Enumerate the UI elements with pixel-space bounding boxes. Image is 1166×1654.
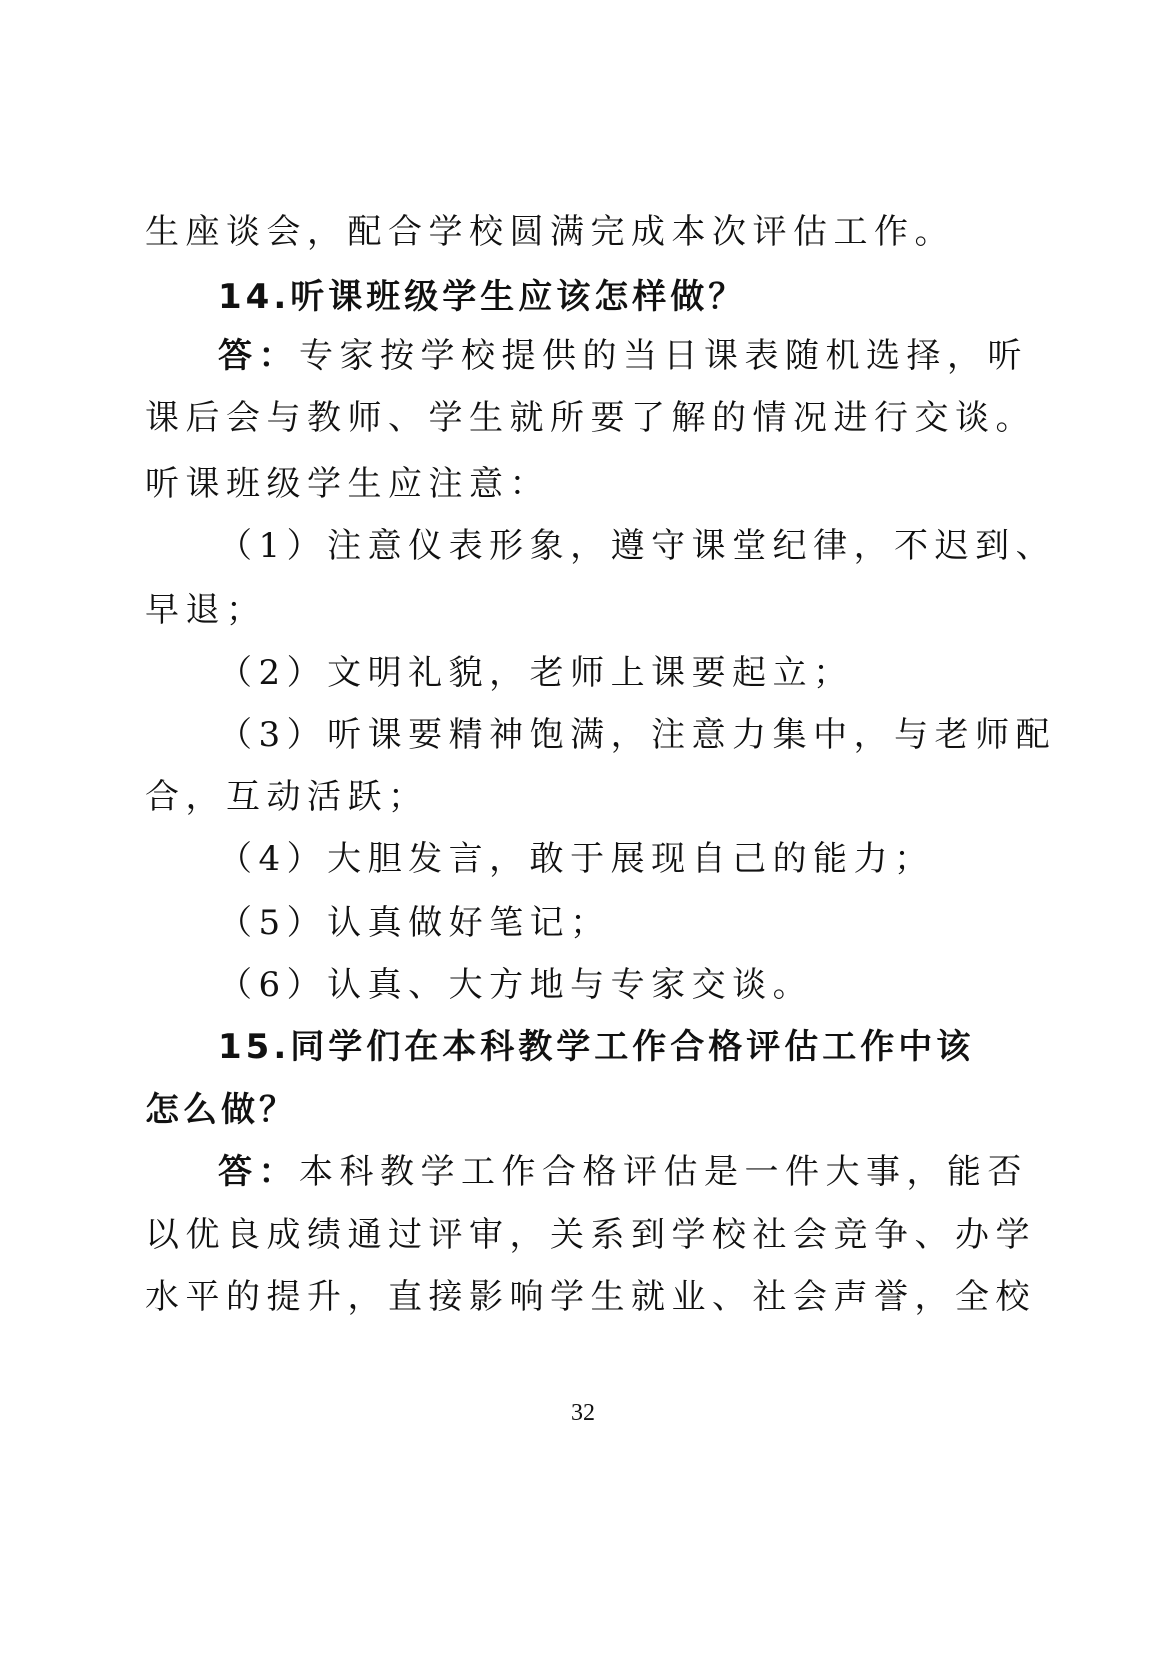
list-item-2: （2）文明礼貌，老师上课要起立； (218, 653, 968, 693)
answer-label: 答： (218, 336, 299, 376)
question-heading-14: 14.听课班级学生应该怎样做？ (218, 277, 968, 317)
answer-label: 答： (218, 1152, 299, 1192)
paragraph-line: 水平的提升，直接影响学生就业、社会声誉，全校 (145, 1277, 965, 1317)
paragraph-line: 听课班级学生应注意： (145, 464, 965, 504)
paragraph-line: 生座谈会，配合学校圆满完成本次评估工作。 (145, 212, 965, 252)
answer-text: 专家按学校提供的当日课表随机选择，听 (299, 336, 1028, 376)
list-item-3-cont: 合，互动活跃； (145, 777, 965, 817)
document-page: 生座谈会，配合学校圆满完成本次评估工作。 14.听课班级学生应该怎样做？ 答：专… (0, 0, 1166, 1654)
question-heading-15-cont: 怎么做？ (145, 1090, 965, 1130)
paragraph-line: 以优良成绩通过评审，关系到学校社会竞争、办学 (145, 1215, 965, 1255)
list-item-1: （1）注意仪表形象，遵守课堂纪律，不迟到、 (218, 526, 968, 566)
answer-text: 本科教学工作合格评估是一件大事，能否 (299, 1152, 1028, 1192)
list-item-5: （5）认真做好笔记； (218, 903, 968, 943)
page-number: 32 (0, 1400, 1166, 1427)
list-item-1-cont: 早退； (145, 590, 965, 630)
list-item-3: （3）听课要精神饱满，注意力集中，与老师配 (218, 715, 968, 755)
paragraph-line: 课后会与教师、学生就所要了解的情况进行交谈。 (145, 398, 965, 438)
question-heading-15: 15.同学们在本科教学工作合格评估工作中该 (218, 1027, 968, 1067)
answer-line: 答：本科教学工作合格评估是一件大事，能否 (218, 1152, 968, 1192)
list-item-4: （4）大胆发言，敢于展现自己的能力； (218, 839, 968, 879)
list-item-6: （6）认真、大方地与专家交谈。 (218, 965, 968, 1005)
answer-line: 答：专家按学校提供的当日课表随机选择，听 (218, 336, 968, 376)
